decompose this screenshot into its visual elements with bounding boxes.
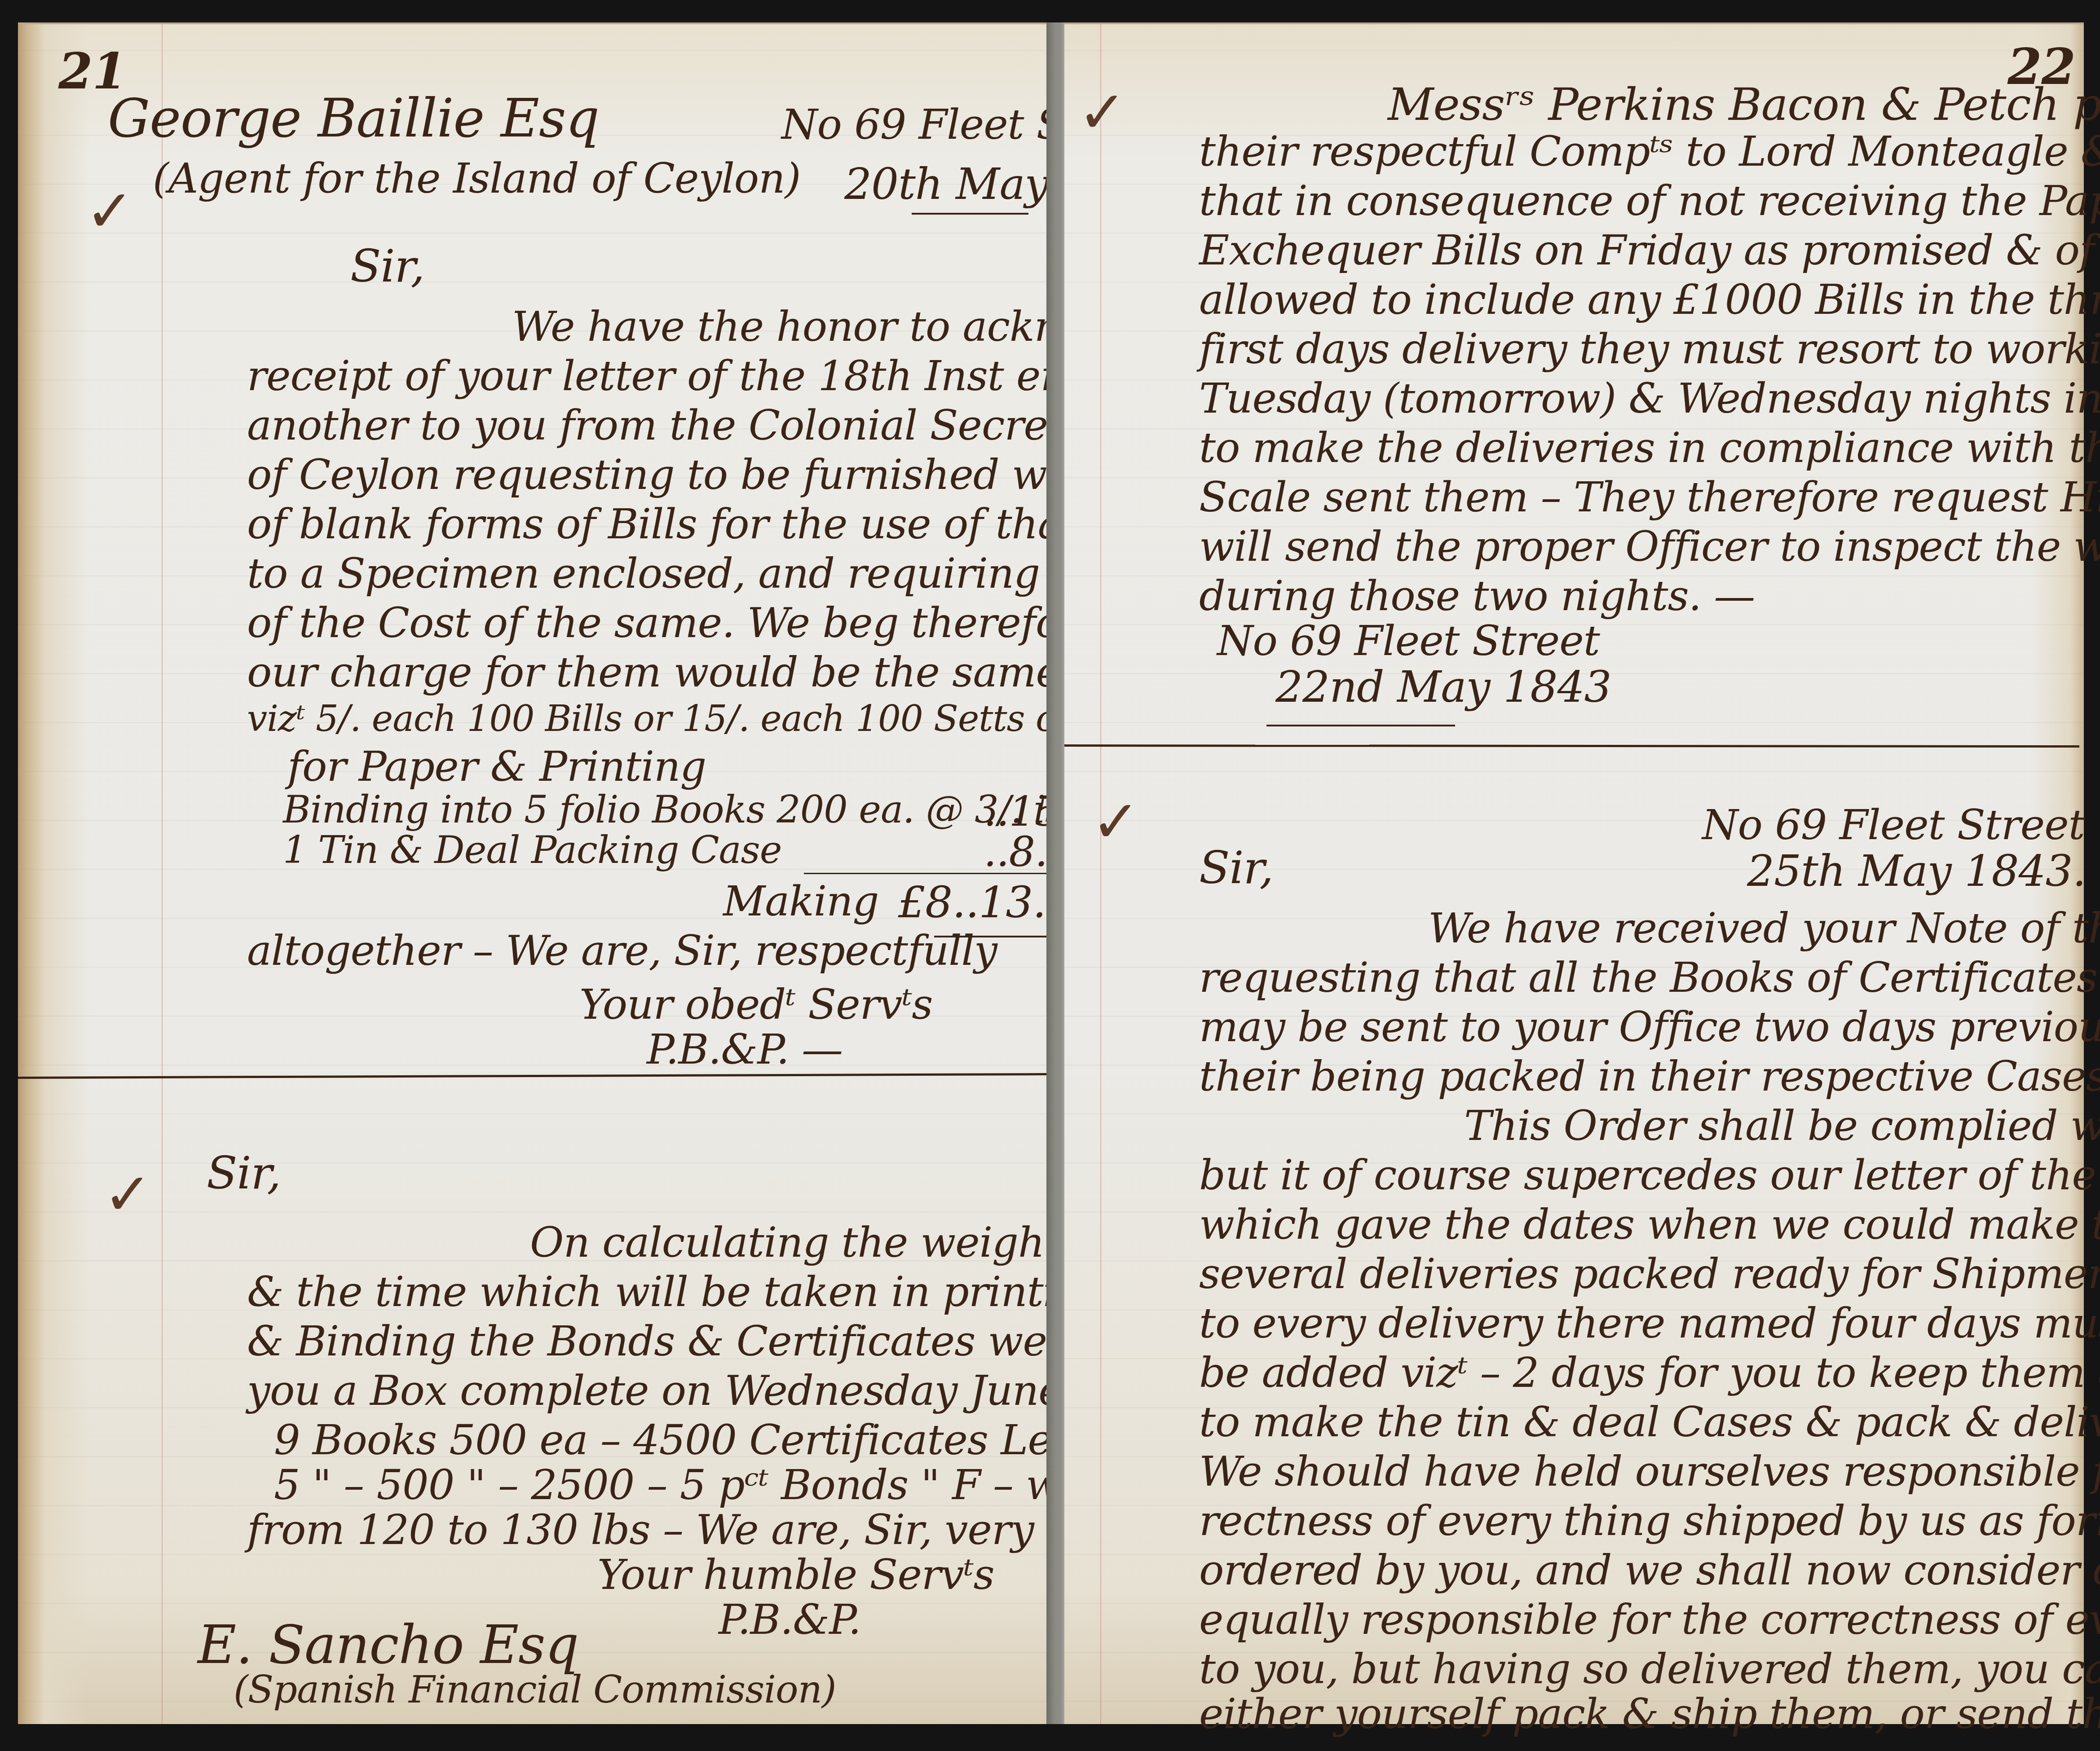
right-page: 22 ✓ Messʳˢ Perkins Bacon & Petch presen… <box>1064 22 2084 1724</box>
body-line: may be sent to your Office two days prev… <box>1199 1003 2100 1051</box>
left-page: 21 George Baillie Esq ✓ (Agent for the I… <box>18 22 1049 1724</box>
total-label: Making <box>723 877 878 925</box>
body-line: Messʳˢ Perkins Bacon & Petch present <box>1388 78 2100 131</box>
body-line: to make the tin & deal Cases & pack & de… <box>1199 1398 2100 1446</box>
closing-line: Your obedᵗ Servᵗs <box>579 981 932 1029</box>
date-underline <box>912 213 1028 215</box>
letter-place: No 69 Fleet Street <box>1217 617 1600 665</box>
letter-book-spread: 21 George Baillie Esq ✓ (Agent for the I… <box>0 0 2100 1751</box>
margin-rule <box>162 24 163 1724</box>
body-line: that in consequence of not receiving the… <box>1199 177 2100 225</box>
tick-mark-icon: ✓ <box>1078 78 1126 146</box>
addressee-name: E. Sancho Esq <box>198 1614 578 1676</box>
body-line: We should have held ourselves responsibl… <box>1199 1447 2100 1496</box>
body-line: Exchequer Bills on Friday as promised & … <box>1199 226 2100 274</box>
body-line: during those two nights. — <box>1199 572 1755 620</box>
tick-mark-icon: ✓ <box>1091 788 1140 856</box>
addressee-title: (Agent for the Island of Ceylon) <box>153 154 800 202</box>
line-item-label: 1 Tin & Deal Packing Case <box>283 828 781 872</box>
line-item-label: Binding into 5 folio Books 200 ea. @ 3/.… <box>283 788 1064 832</box>
body-line: their respectful Compᵗˢ to Lord Monteagl… <box>1199 128 2100 176</box>
sum-rule <box>804 873 1046 874</box>
date-underline <box>1266 725 1455 726</box>
margin-rule <box>1100 24 1101 1724</box>
line-item-label: for Paper & Printing <box>287 743 706 791</box>
addressee-title: (Spanish Financial Commission) <box>234 1667 836 1711</box>
body-line: their being packed in their respective C… <box>1199 1052 2100 1100</box>
addressee-name: George Baillie Esq <box>108 87 599 149</box>
body-line: We have received your Note of this date <box>1428 904 2100 952</box>
body-line: but it of course supercedes our letter o… <box>1199 1151 2100 1199</box>
body-line: ordered by you, and we shall now conside… <box>1199 1546 2100 1594</box>
salutation: Sir, <box>350 240 424 292</box>
body-line: to make the deliveries in compliance wit… <box>1199 424 2100 472</box>
letter-date: 25th May 1843. <box>1747 846 2086 896</box>
body-line: rectness of every thing shipped by us as… <box>1199 1497 2100 1545</box>
tick-mark-icon: ✓ <box>85 177 134 245</box>
body-line: equally responsible for the correctness … <box>1199 1596 2100 1644</box>
body-line: Scale sent them – They therefore request… <box>1199 473 2100 521</box>
body-line: several deliveries packed ready for Ship… <box>1199 1250 2100 1298</box>
letter-date: 22nd May 1843 <box>1275 662 1611 712</box>
body-line: 9 Books 500 ea – 4500 Certificates Lette… <box>274 1416 1171 1464</box>
body-line: to every delivery there named four days … <box>1199 1299 2100 1347</box>
closing-line: Your humble Servᵗs <box>597 1551 994 1599</box>
closing-line: altogether – We are, Sir, respectfully <box>247 927 997 975</box>
letter-place: No 69 Fleet Street <box>1702 801 2085 849</box>
salutation: Sir, <box>1199 841 1273 894</box>
signature: P.B.&P. — <box>647 1025 843 1073</box>
body-line: be added vizᵗ – 2 days for you to keep t… <box>1199 1349 2100 1397</box>
body-line: to you, but having so delivered them, yo… <box>1199 1645 2100 1693</box>
body-line: which gave the dates when we could make … <box>1199 1201 2100 1249</box>
body-line: requesting that all the Books of Certifi… <box>1199 954 2100 1002</box>
body-line: either yourself pack & ship them, or sen… <box>1199 1690 2100 1738</box>
tick-mark-icon: ✓ <box>103 1160 152 1228</box>
book-gutter <box>1046 22 1067 1724</box>
signature: P.B.&P. <box>719 1596 861 1644</box>
body-line: will send the proper Officer to inspect … <box>1199 523 2100 571</box>
salutation: Sir, <box>207 1147 281 1199</box>
body-line: This Order shall be complied with <box>1464 1102 2100 1150</box>
body-line: first days delivery they must resort to … <box>1199 325 2100 373</box>
body-line: Tuesday (tomorrow) & Wednesday nights in… <box>1199 374 2100 422</box>
body-line: allowed to include any £1000 Bills in th… <box>1199 276 2100 324</box>
